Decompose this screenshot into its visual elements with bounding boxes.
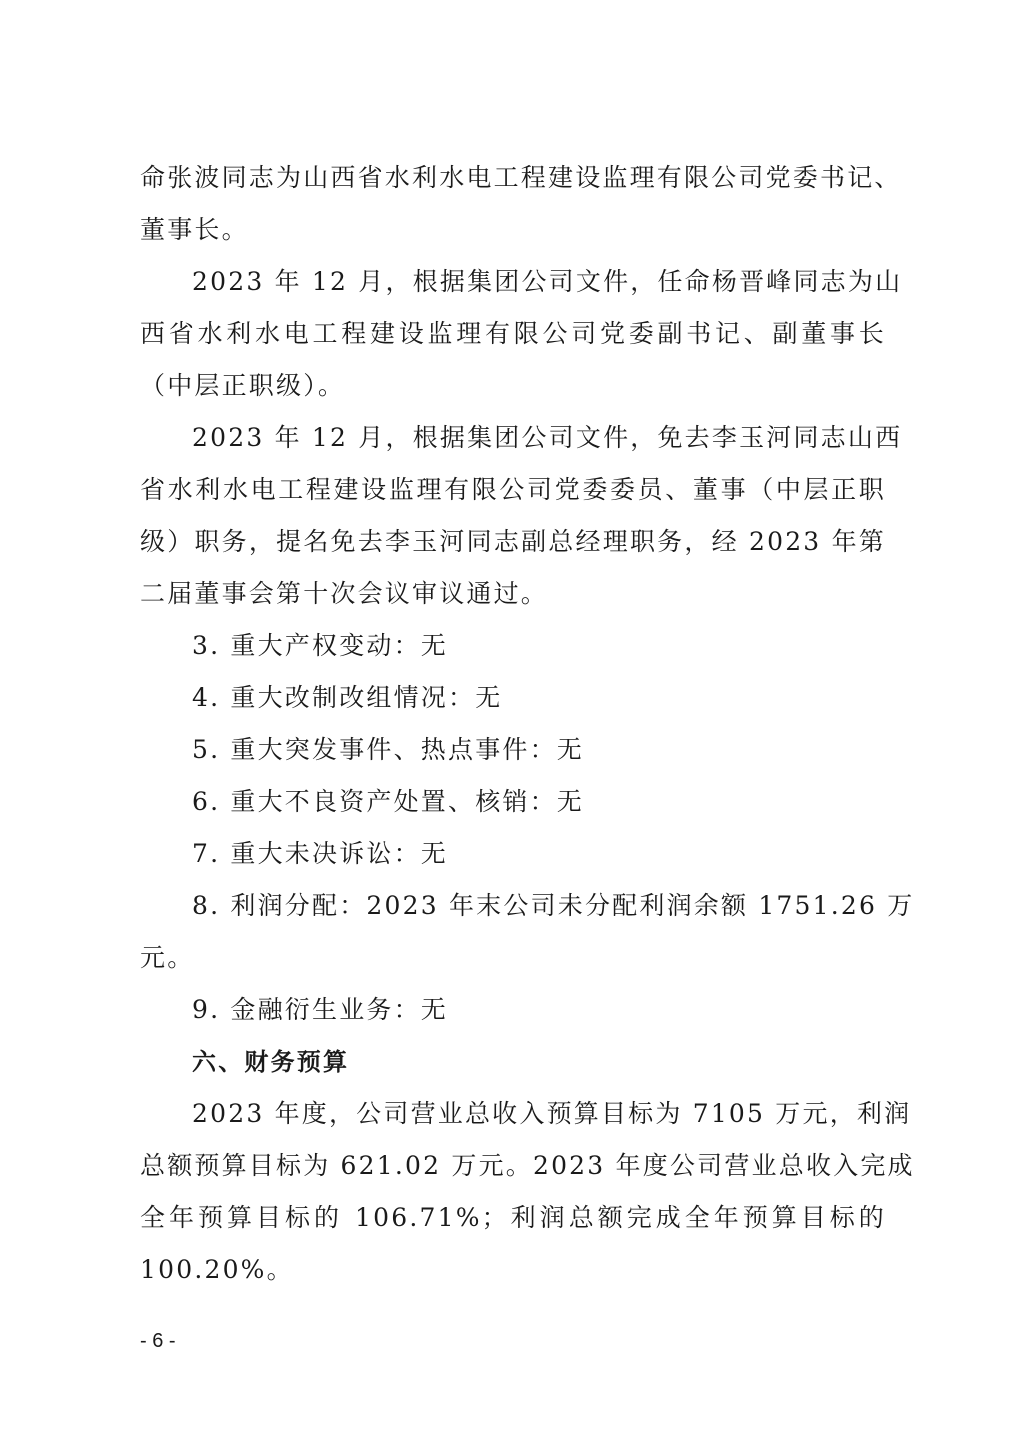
text-line: 二届董事会第十次会议审议通过。 bbox=[140, 568, 886, 620]
list-item: 4. 重大改制改组情况：无 bbox=[140, 672, 886, 724]
text-line: 级）职务，提名免去李玉河同志副总经理职务，经 2023 年第 bbox=[140, 516, 886, 568]
text-line: 2023 年 12 月，根据集团公司文件，任命杨晋峰同志为山 bbox=[140, 256, 886, 308]
list-item: 5. 重大突发事件、热点事件：无 bbox=[140, 724, 886, 776]
text-line: （中层正职级）。 bbox=[140, 360, 886, 412]
text-line: 总额预算目标为 621.02 万元。2023 年度公司营业总收入完成 bbox=[140, 1140, 886, 1192]
text-line: 元。 bbox=[140, 932, 886, 984]
text-line: 2023 年 12 月，根据集团公司文件，免去李玉河同志山西 bbox=[140, 412, 886, 464]
section-heading: 六、财务预算 bbox=[140, 1036, 886, 1088]
list-item: 8. 利润分配：2023 年末公司未分配利润余额 1751.26 万 bbox=[140, 880, 886, 932]
text-line: 2023 年度，公司营业总收入预算目标为 7105 万元，利润 bbox=[140, 1088, 886, 1140]
list-item: 6. 重大不良资产处置、核销：无 bbox=[140, 776, 886, 828]
text-line: 省水利水电工程建设监理有限公司党委委员、董事（中层正职 bbox=[140, 464, 886, 516]
page-number: - 6 - bbox=[140, 1330, 176, 1353]
list-item: 9. 金融衍生业务：无 bbox=[140, 984, 886, 1036]
list-item: 3. 重大产权变动：无 bbox=[140, 620, 886, 672]
text-line: 董事长。 bbox=[140, 204, 886, 256]
list-item: 7. 重大未决诉讼：无 bbox=[140, 828, 886, 880]
text-line: 命张波同志为山西省水利水电工程建设监理有限公司党委书记、 bbox=[140, 152, 886, 204]
document-body: 命张波同志为山西省水利水电工程建设监理有限公司党委书记、 董事长。 2023 年… bbox=[140, 152, 886, 1296]
text-line: 西省水利水电工程建设监理有限公司党委副书记、副董事长 bbox=[140, 308, 886, 360]
text-line: 全年预算目标的 106.71%；利润总额完成全年预算目标的 bbox=[140, 1192, 886, 1244]
text-line: 100.20%。 bbox=[140, 1244, 886, 1296]
